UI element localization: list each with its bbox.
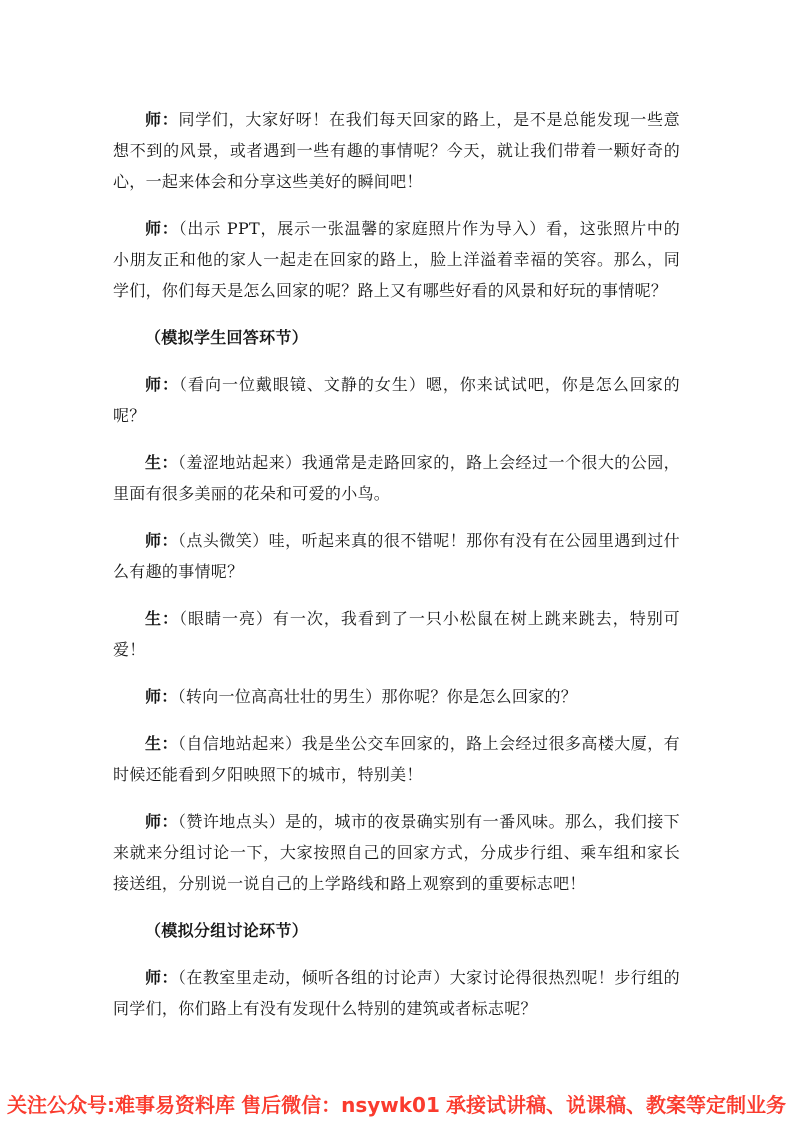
- footer-services-text: 承接试讲稿、说课稿、教案等定制业务: [446, 1092, 786, 1118]
- dialogue-text: （在教室里走动，倾听各组的讨论声）大家讨论得很热烈呢！步行组的同学们，你们路上有…: [113, 968, 680, 1018]
- speaker-label: 师：: [145, 968, 178, 987]
- dialogue-paragraph: 师：（点头微笑）哇，听起来真的很不错呢！那你有没有在公园里遇到过什么有趣的事情呢…: [113, 525, 680, 587]
- dialogue-paragraph: 师：（在教室里走动，倾听各组的讨论声）大家讨论得很热烈呢！步行组的同学们，你们路…: [113, 962, 680, 1024]
- dialogue-text: （眼睛一亮）有一次，我看到了一只小松鼠在树上跳来跳去，特别可爱！: [113, 609, 680, 659]
- dialogue-text: （出示 PPT，展示一张温馨的家庭照片作为导入）看，这张照片中的小朋友正和他的家…: [113, 219, 680, 300]
- dialogue-paragraph: 师：（赞许地点头）是的，城市的夜景确实别有一番风味。那么，我们接下来就来分组讨论…: [113, 806, 680, 899]
- promo-footer: 关注公众号:难事易资料库 售后微信：nsywk01 承接试讲稿、说课稿、教案等定…: [0, 1092, 793, 1118]
- speaker-label: 生：: [145, 453, 178, 472]
- speaker-label: 师：: [145, 687, 178, 706]
- speaker-label: 师：: [145, 219, 179, 238]
- dialogue-paragraph: 师：（转向一位高高壮壮的男生）那你呢？你是怎么回家的？: [113, 681, 680, 712]
- footer-public-account-text: 关注公众号:难事易资料库: [7, 1092, 235, 1118]
- dialogue-paragraph: 生：（自信地站起来）我是坐公交车回家的，路上会经过很多高楼大厦，有时候还能看到夕…: [113, 728, 680, 790]
- document-page: 师：同学们，大家好呀！在我们每天回家的路上，是不是总能发现一些意想不到的风景，或…: [113, 104, 680, 1040]
- dialogue-paragraph: 师：同学们，大家好呀！在我们每天回家的路上，是不是总能发现一些意想不到的风景，或…: [113, 104, 680, 197]
- speaker-label: 生：: [145, 609, 179, 628]
- dialogue-text: （转向一位高高壮壮的男生）那你呢？你是怎么回家的？: [178, 687, 578, 706]
- footer-wechat-contact-text: 售后微信：nsywk01: [241, 1092, 440, 1118]
- speaker-label: 师：: [145, 375, 179, 394]
- section-heading: （模拟学生回答环节）: [113, 322, 680, 353]
- dialogue-text: （点头微笑）哇，听起来真的很不错呢！那你有没有在公园里遇到过什么有趣的事情呢？: [113, 531, 680, 581]
- speaker-label: 师：: [145, 812, 178, 831]
- dialogue-text: （自信地站起来）我是坐公交车回家的，路上会经过很多高楼大厦，有时候还能看到夕阳映…: [113, 734, 680, 784]
- section-heading: （模拟分组讨论环节）: [113, 915, 680, 946]
- dialogue-text: 同学们，大家好呀！在我们每天回家的路上，是不是总能发现一些意想不到的风景，或者遇…: [113, 110, 680, 191]
- dialogue-paragraph: 师：（出示 PPT，展示一张温馨的家庭照片作为导入）看，这张照片中的小朋友正和他…: [113, 213, 680, 306]
- speaker-label: 师：: [145, 531, 178, 550]
- dialogue-paragraph: 师：（看向一位戴眼镜、文静的女生）嗯，你来试试吧，你是怎么回家的呢？: [113, 369, 680, 431]
- dialogue-paragraph: 生：（眼睛一亮）有一次，我看到了一只小松鼠在树上跳来跳去，特别可爱！: [113, 603, 680, 665]
- dialogue-paragraph: 生：（羞涩地站起来）我通常是走路回家的，路上会经过一个很大的公园，里面有很多美丽…: [113, 447, 680, 509]
- dialogue-text: （羞涩地站起来）我通常是走路回家的，路上会经过一个很大的公园，里面有很多美丽的花…: [113, 453, 680, 503]
- speaker-label: 师：: [145, 110, 178, 129]
- dialogue-text: （看向一位戴眼镜、文静的女生）嗯，你来试试吧，你是怎么回家的呢？: [113, 375, 680, 425]
- dialogue-text: （赞许地点头）是的，城市的夜景确实别有一番风味。那么，我们接下来就来分组讨论一下…: [113, 812, 680, 893]
- speaker-label: 生：: [145, 734, 178, 753]
